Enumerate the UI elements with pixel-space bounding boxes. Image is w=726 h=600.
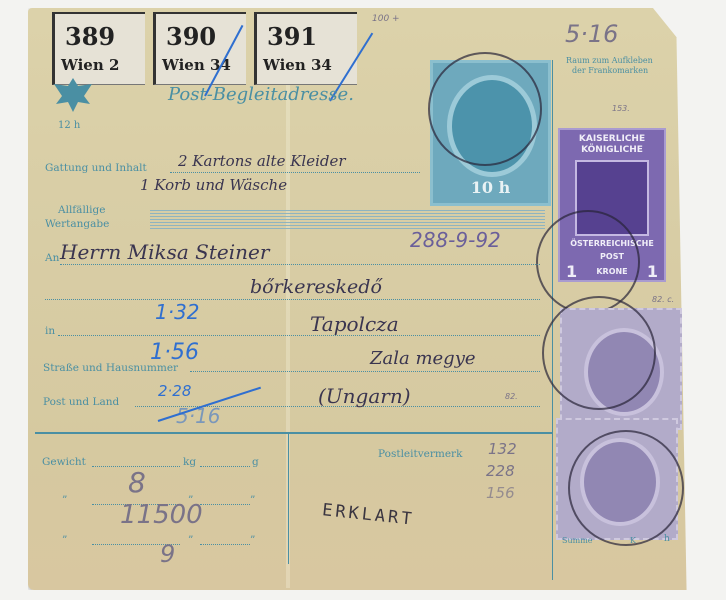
dotted-line xyxy=(200,466,250,467)
postmark xyxy=(542,296,656,410)
dotted-line xyxy=(60,264,540,265)
section-divider xyxy=(35,432,552,434)
value-hatched-bar xyxy=(150,210,545,230)
dotted-line xyxy=(200,544,250,545)
dotted-line xyxy=(200,504,250,505)
address-labels: 389 Wien 2 390 Wien 34 391 Wien 34 xyxy=(52,12,365,85)
dotted-line xyxy=(190,371,540,372)
postmark xyxy=(568,430,684,546)
column-divider xyxy=(288,434,289,564)
dotted-line xyxy=(170,172,420,173)
dotted-line xyxy=(45,299,540,300)
label-391: 391 Wien 34 xyxy=(254,12,357,85)
dotted-line xyxy=(58,335,540,336)
postmark xyxy=(428,52,542,166)
label-390: 390 Wien 34 xyxy=(153,12,246,85)
eagle-emblem-icon xyxy=(50,74,96,114)
